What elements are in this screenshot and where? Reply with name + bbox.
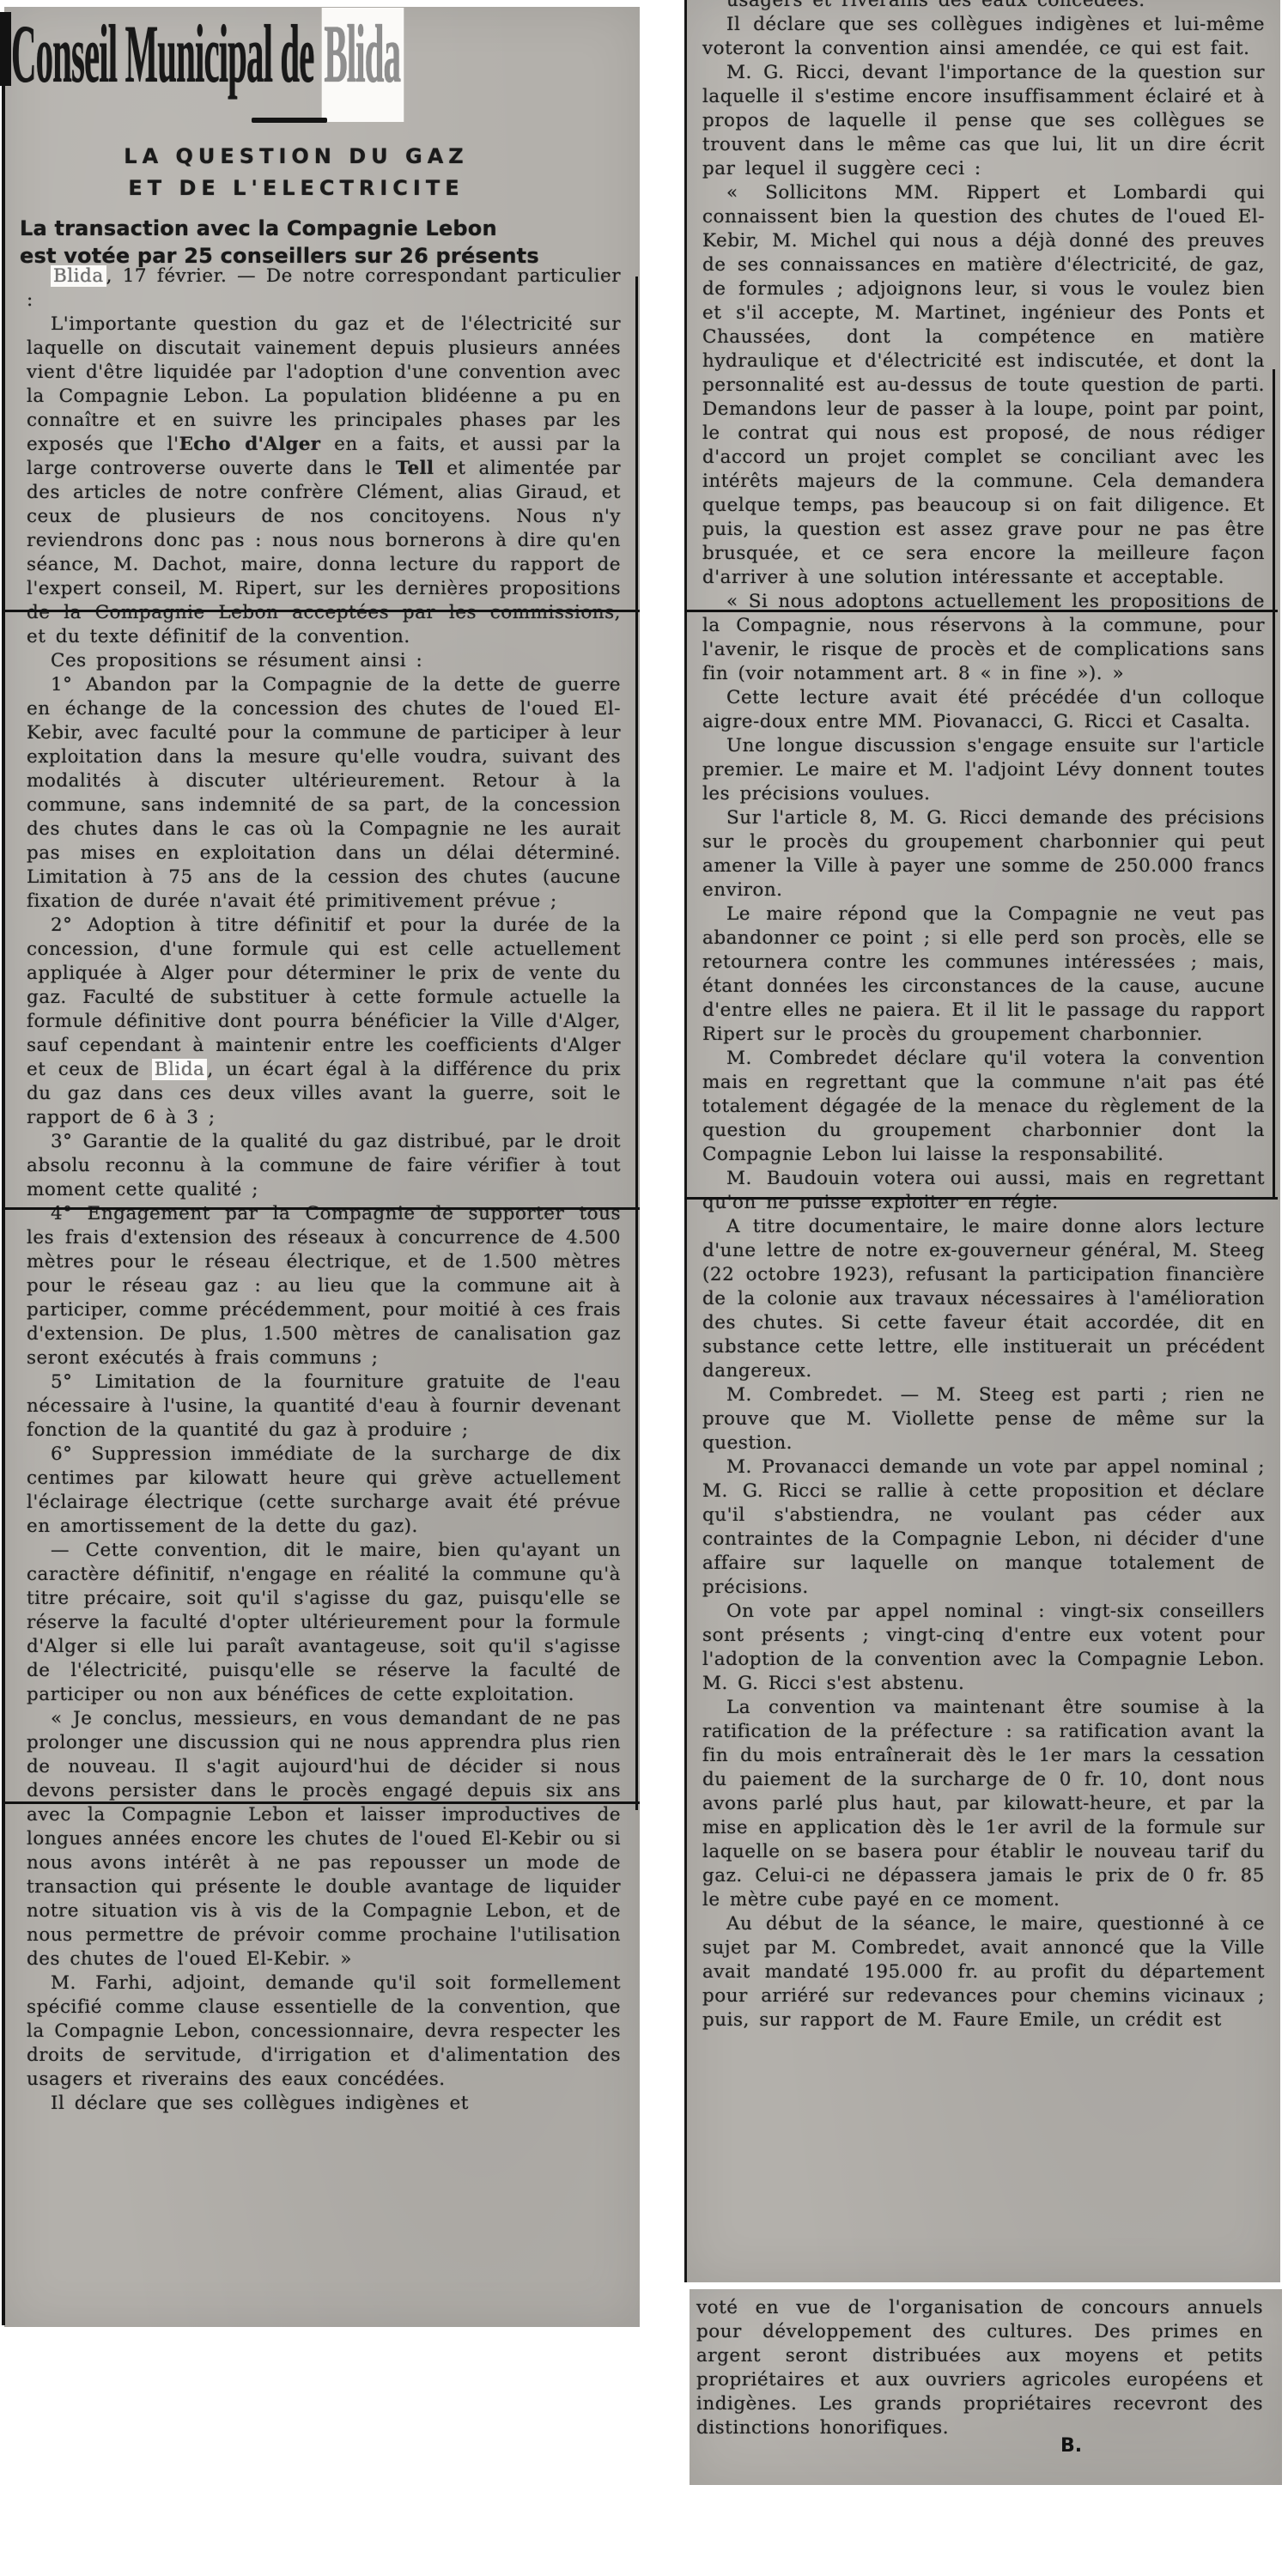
article-paragraph: Le maire répond que la Compagnie ne veut…: [702, 902, 1265, 1047]
column-rule-left-edge: [2, 15, 5, 2325]
scan-seam-left-3: [4, 1801, 640, 1804]
right-tail-body: voté en vue de l'organisation de concour…: [696, 2296, 1263, 2440]
article-paragraph: 2° Adoption à titre définitif et pour la…: [27, 914, 621, 1130]
article-paragraph: « Si nous adoptons actuellement les prop…: [702, 590, 1265, 686]
article-paragraph: M. Provanacci demande un vote par appel …: [702, 1455, 1265, 1600]
scan-seam-right-1: [684, 610, 1278, 612]
left-column-body: Blida, 17 février. — De notre correspond…: [27, 264, 621, 2116]
scan-seam-left-2: [4, 1207, 640, 1210]
headline-rule: [252, 118, 327, 123]
article-paragraph: Ces propositions se résument ainsi :: [27, 649, 621, 673]
article-paragraph: 6° Suppression immédiate de la surcharge…: [27, 1443, 621, 1539]
article-paragraph: Sur l'article 8, M. G. Ricci demande des…: [702, 806, 1265, 902]
article-deck-line1: La transaction avec la Compagnie Lebon: [20, 216, 586, 242]
article-paragraph: — Cette convention, dit le maire, bien q…: [27, 1539, 621, 1707]
article-paragraph: M. Baudouin votera oui aussi, mais en re…: [702, 1167, 1265, 1215]
article-column-left: Conseil Municipal de Blida LA QUESTION D…: [4, 7, 640, 2327]
article-paragraph: 5° Limitation de la fourniture gratuite …: [27, 1370, 621, 1443]
article-paragraph: Au début de la séance, le maire, questio…: [702, 1912, 1265, 2032]
author-signature: B.: [1060, 2435, 1082, 2457]
article-paragraph: M. Farhi, adjoint, demande qu'il soit fo…: [27, 1971, 621, 2092]
article-paragraph: M. Combredet déclare qu'il votera la con…: [702, 1047, 1265, 1167]
article-paragraph: M. G. Ricci, devant l'importance de la q…: [702, 61, 1265, 181]
scan-seam-right-2: [684, 1197, 1278, 1200]
search-highlight: Blida: [152, 1059, 208, 1080]
article-paragraph: On vote par appel nominal : vingt-six co…: [702, 1600, 1265, 1696]
bold-term: Echo d'Alger: [179, 434, 321, 455]
right-column-body: usagers et riverains des eaux concédées.…: [702, 0, 1265, 2032]
column-rule-right-edge: [1273, 369, 1275, 1197]
article-column-right-tail: voté en vue de l'organisation de concour…: [690, 2289, 1282, 2485]
article-paragraph: M. Combredet. — M. Steeg est parti ; rie…: [702, 1383, 1265, 1455]
article-paragraph: A titre documentaire, le maire donne alo…: [702, 1215, 1265, 1383]
article-paragraph: 3° Garantie de la qualité du gaz distrib…: [27, 1130, 621, 1202]
article-paragraph: Il déclare que ses collègues indigènes e…: [702, 13, 1265, 61]
scan-seam-left-1: [4, 610, 640, 612]
article-paragraph: Cette lecture avait été précédée d'un co…: [702, 686, 1265, 734]
article-subtitle-line2: ET DE L'ELECTRICITE: [30, 176, 562, 200]
search-highlight: Blida: [51, 265, 106, 287]
bold-term: Tell: [396, 458, 434, 479]
column-rule-left-right-edge: [635, 276, 638, 1810]
headline-highlight-blida: Blida: [322, 8, 404, 122]
article-paragraph: 4° Engagement par la Compagnie de suppor…: [27, 1202, 621, 1370]
article-paragraph: Blida, 17 février. — De notre correspond…: [27, 264, 621, 313]
article-paragraph: « Je conclus, messieurs, en vous demanda…: [27, 1707, 621, 1971]
article-paragraph: L'importante question du gaz et de l'éle…: [27, 313, 621, 649]
right-column-paragraphs: Il déclare que ses collègues indigènes e…: [702, 13, 1265, 2032]
article-paragraph: Une longue discussion s'engage ensuite s…: [702, 734, 1265, 806]
article-paragraph: Il déclare que ses collègues indigènes e…: [27, 2092, 621, 2116]
headline-text: Conseil Municipal de: [11, 8, 322, 100]
article-paragraph: voté en vue de l'organisation de concour…: [696, 2296, 1263, 2440]
article-paragraph: « Sollicitons MM. Rippert et Lombardi qu…: [702, 181, 1265, 590]
article-paragraph: La convention va maintenant être soumise…: [702, 1696, 1265, 1912]
article-subtitle-line1: LA QUESTION DU GAZ: [30, 144, 562, 168]
cutoff-line-fragment: usagers et riverains des eaux concédées.: [702, 0, 1265, 13]
newspaper-scan-page: Conseil Municipal de Blida LA QUESTION D…: [0, 0, 1288, 2576]
article-headline: Conseil Municipal de Blida: [11, 10, 404, 98]
article-column-right: usagers et riverains des eaux concédées.…: [684, 0, 1280, 2282]
article-paragraph: 1° Abandon par la Compagnie de la dette …: [27, 673, 621, 914]
